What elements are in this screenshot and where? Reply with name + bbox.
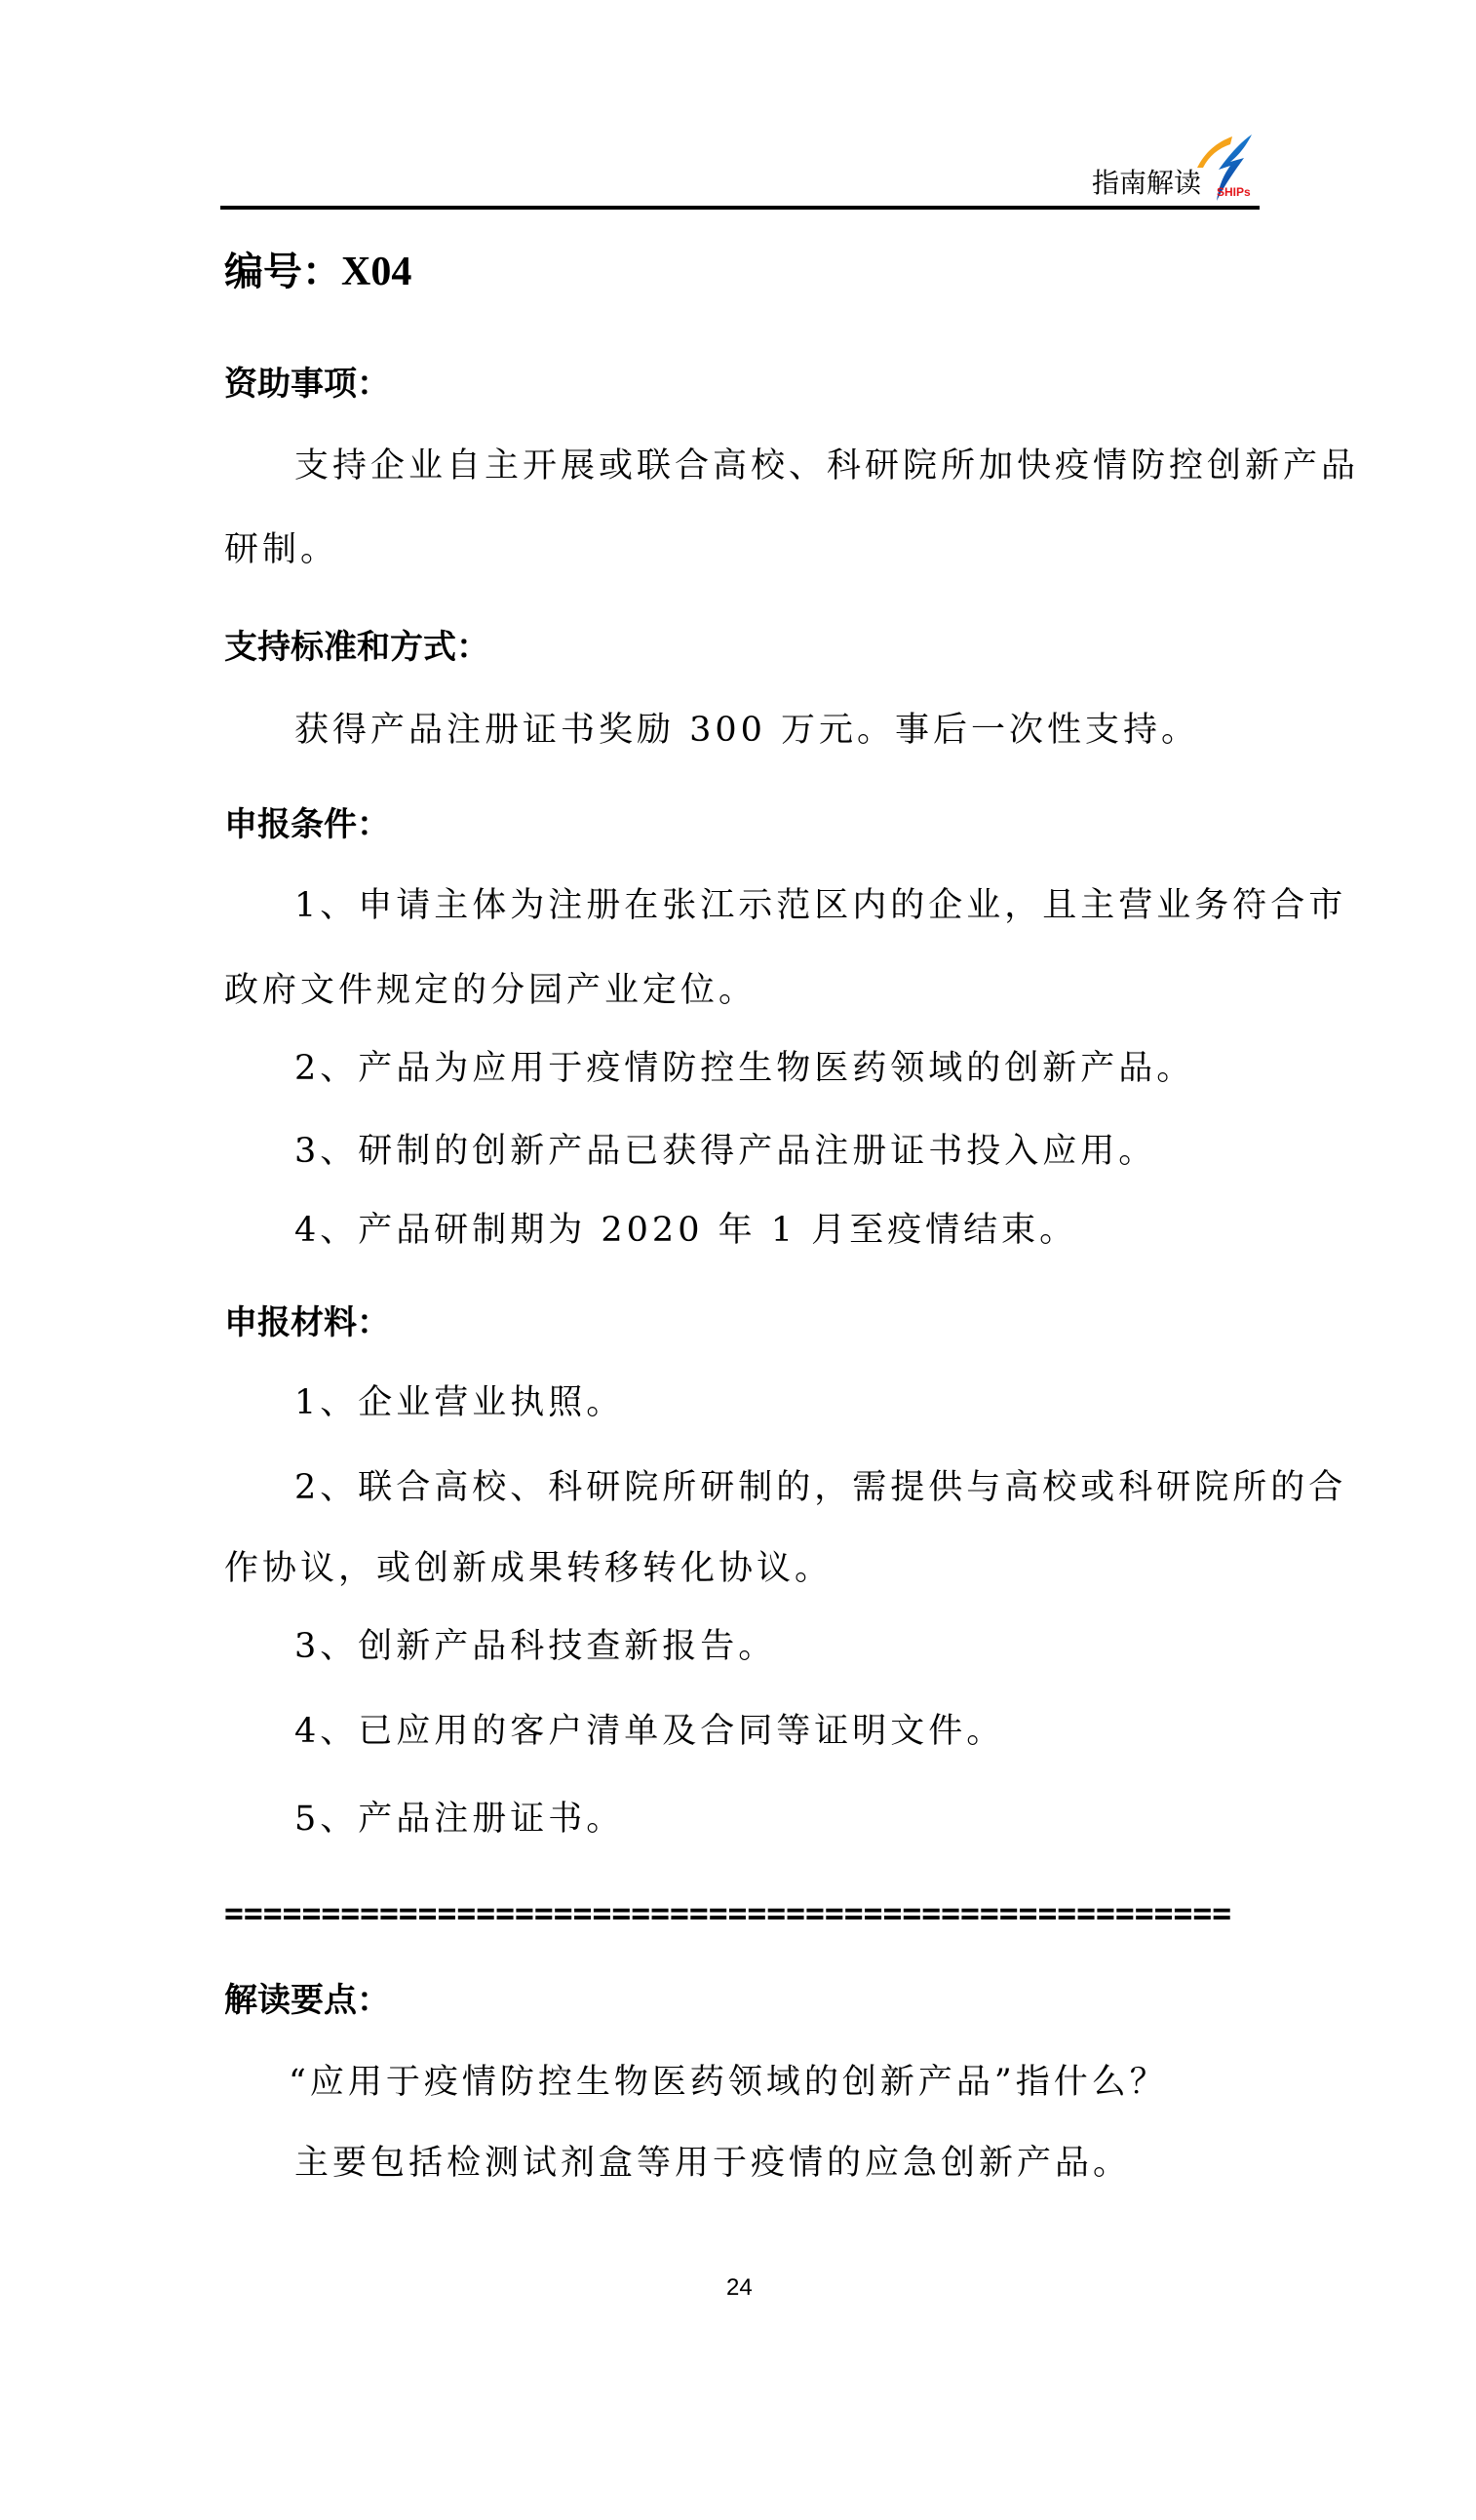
page-number: 24 (726, 2273, 753, 2303)
logo-text: SHIPs (1217, 185, 1251, 199)
section-title-funding-item: 资助事项： (224, 363, 390, 406)
header-rule (220, 206, 1260, 210)
list-item: 2、联合高校、科研院所研制的，需提供与高校或科研院所的合 (294, 1466, 1346, 1509)
paragraph-line: 获得产品注册证书奖励 300 万元。事后一次性支持。 (294, 709, 1199, 752)
paragraph-line: 支持企业自主开展或联合高校、科研院所加快疫情防控创新产品 (294, 445, 1359, 487)
list-item: 2、产品为应用于疫情防控生物医药领域的创新产品。 (294, 1047, 1194, 1090)
paragraph-line: 研制。 (224, 528, 338, 571)
ships-logo: SHIPs (1195, 129, 1260, 207)
list-item: 1、申请主体为注册在张江示范区内的企业，且主营业务符合市 (294, 884, 1346, 927)
list-item: 4、产品研制期为 2020 年 1 月至疫情结束。 (294, 1209, 1077, 1252)
list-item-continuation: 作协议，或创新成果转移转化协议。 (224, 1547, 833, 1590)
document-number-label: 编号： (224, 250, 341, 294)
list-item: 1、企业营业执照。 (294, 1381, 624, 1424)
section-title-application-materials: 申报材料： (224, 1301, 390, 1344)
document-number: 编号：X04 (224, 248, 411, 296)
document-number-code: X04 (341, 250, 411, 294)
section-title-interpretation: 解读要点： (224, 1979, 390, 2022)
header-label: 指南解读 (1092, 164, 1201, 203)
section-title-support-standard: 支持标准和方式： (224, 626, 489, 669)
list-item: 3、创新产品科技查新报告。 (294, 1625, 776, 1668)
list-item-continuation: 政府文件规定的分园产业定位。 (224, 969, 757, 1012)
interpretation-answer: 主要包括检测试剂盒等用于疫情的应急创新产品。 (294, 2142, 1131, 2185)
list-item: 5、产品注册证书。 (294, 1798, 624, 1841)
section-title-application-conditions: 申报条件： (224, 803, 390, 846)
separator-line: ========================================… (224, 1894, 1231, 1933)
list-item: 3、研制的创新产品已获得产品注册证书投入应用。 (294, 1130, 1156, 1173)
interpretation-question: “应用于疫情防控生物医药领域的创新产品”指什么？ (289, 2061, 1168, 2104)
list-item: 4、已应用的客户清单及合同等证明文件。 (294, 1710, 1004, 1753)
